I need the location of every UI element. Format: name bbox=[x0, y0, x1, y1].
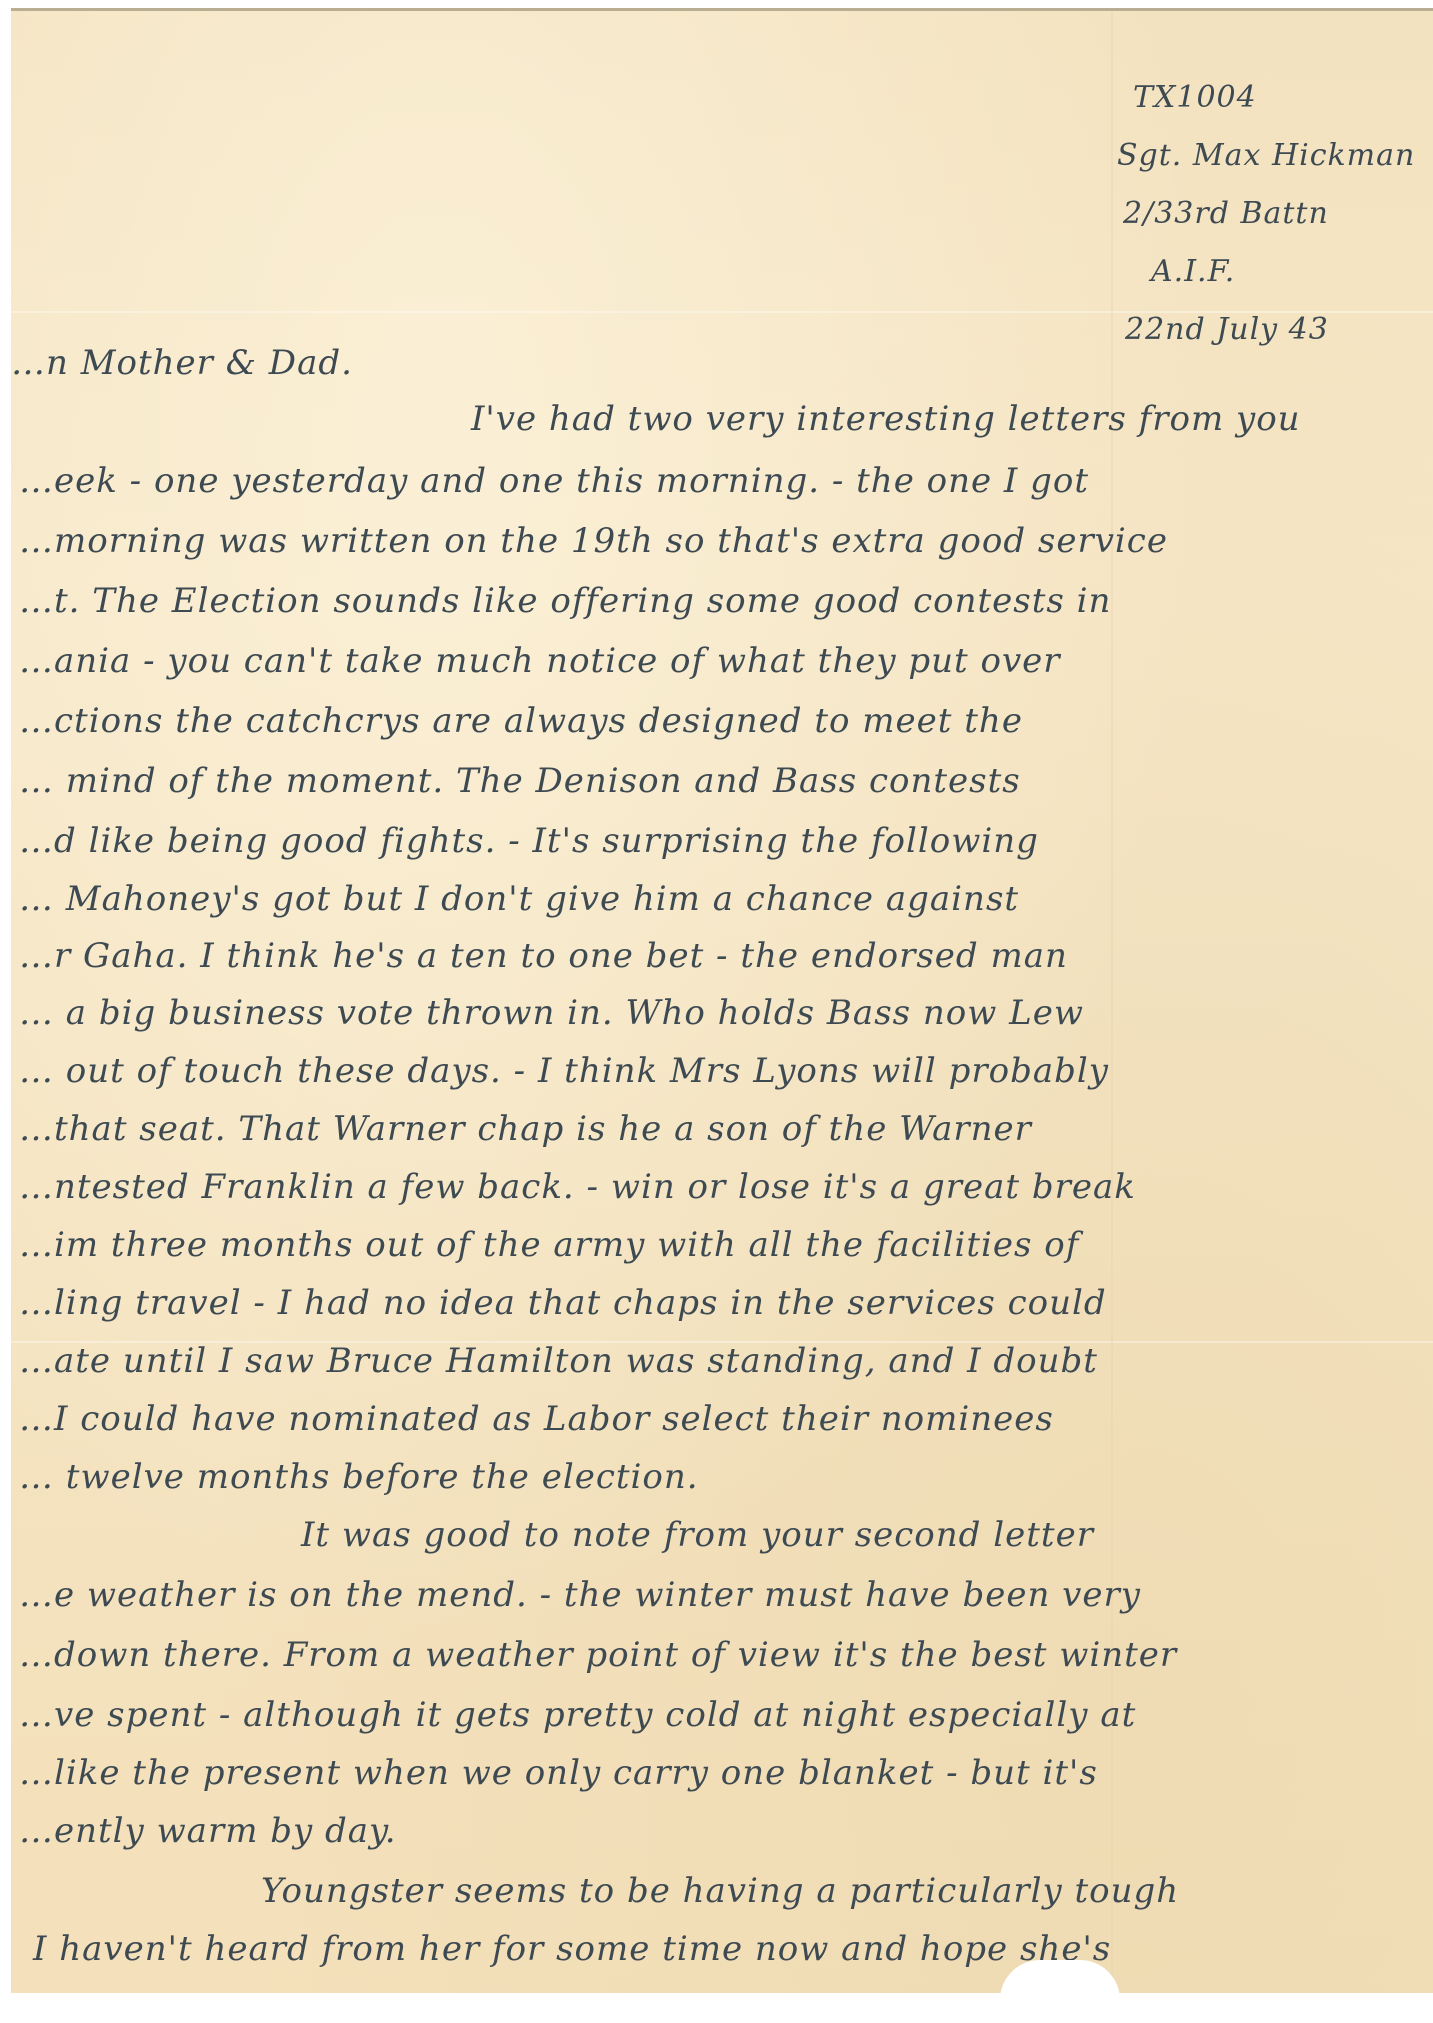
letter-line: …eek - one yesterday and one this mornin… bbox=[19, 461, 1089, 501]
letter-line: …ling travel - I had no idea that chaps … bbox=[19, 1283, 1107, 1323]
letter-line: …ently warm by day. bbox=[19, 1811, 397, 1851]
letter-line: It was good to note from your second let… bbox=[301, 1515, 1094, 1555]
letter-line: … mind of the moment. The Denison and Ba… bbox=[19, 761, 1021, 801]
letter-line: …ve spent - although it gets pretty cold… bbox=[19, 1695, 1136, 1735]
letter-line: I've had two very interesting letters fr… bbox=[471, 399, 1301, 439]
letter-line: …like the present when we only carry one… bbox=[19, 1753, 1098, 1793]
sender-name: Sgt. Max Hickman bbox=[1117, 127, 1415, 185]
letter-page: TX1004 Sgt. Max Hickman 2/33rd Battn A.I… bbox=[11, 8, 1433, 1993]
letter-line: …down there. From a weather point of vie… bbox=[19, 1635, 1177, 1675]
letter-line: …I could have nominated as Labor select … bbox=[19, 1399, 1054, 1439]
letter-line: … twelve months before the election. bbox=[19, 1457, 699, 1497]
letter-line: …r Gaha. I think he's a ten to one bet -… bbox=[19, 936, 1068, 976]
date: 22nd July 43 bbox=[1125, 301, 1415, 359]
letter-line: … out of touch these days. - I think Mrs… bbox=[19, 1051, 1109, 1091]
letter-line: …im three months out of the army with al… bbox=[19, 1225, 1079, 1265]
letter-line: …morning was written on the 19th so that… bbox=[19, 521, 1168, 561]
letter-line: …ania - you can't take much notice of wh… bbox=[19, 641, 1061, 681]
letter-line: …ate until I saw Bruce Hamilton was stan… bbox=[19, 1341, 1098, 1381]
letter-line: … a big business vote thrown in. Who hol… bbox=[19, 993, 1084, 1033]
letter-line: …ntested Franklin a few back. - win or l… bbox=[19, 1167, 1136, 1207]
sender-address-block: TX1004 Sgt. Max Hickman 2/33rd Battn A.I… bbox=[1129, 69, 1415, 359]
letter-line: …ctions the catchcrys are always designe… bbox=[19, 701, 1023, 741]
letter-line: Youngster seems to be having a particula… bbox=[261, 1871, 1179, 1911]
letter-line: …e weather is on the mend. - the winter … bbox=[19, 1575, 1141, 1615]
battalion: 2/33rd Battn bbox=[1123, 185, 1415, 243]
force: A.I.F. bbox=[1151, 243, 1415, 301]
letter-line: …that seat. That Warner chap is he a son… bbox=[19, 1109, 1032, 1149]
paper-tear bbox=[1000, 1960, 1120, 2000]
salutation: …n Mother & Dad. bbox=[11, 343, 353, 383]
letter-line: …d like being good fights. - It's surpri… bbox=[19, 821, 1039, 861]
letter-line: I haven't heard from her for some time n… bbox=[33, 1929, 1111, 1969]
letter-scan: TX1004 Sgt. Max Hickman 2/33rd Battn A.I… bbox=[0, 0, 1433, 2023]
letter-line: …t. The Election sounds like offering so… bbox=[19, 581, 1111, 621]
letter-line: … Mahoney's got but I don't give him a c… bbox=[19, 879, 1019, 919]
service-number: TX1004 bbox=[1133, 69, 1415, 127]
